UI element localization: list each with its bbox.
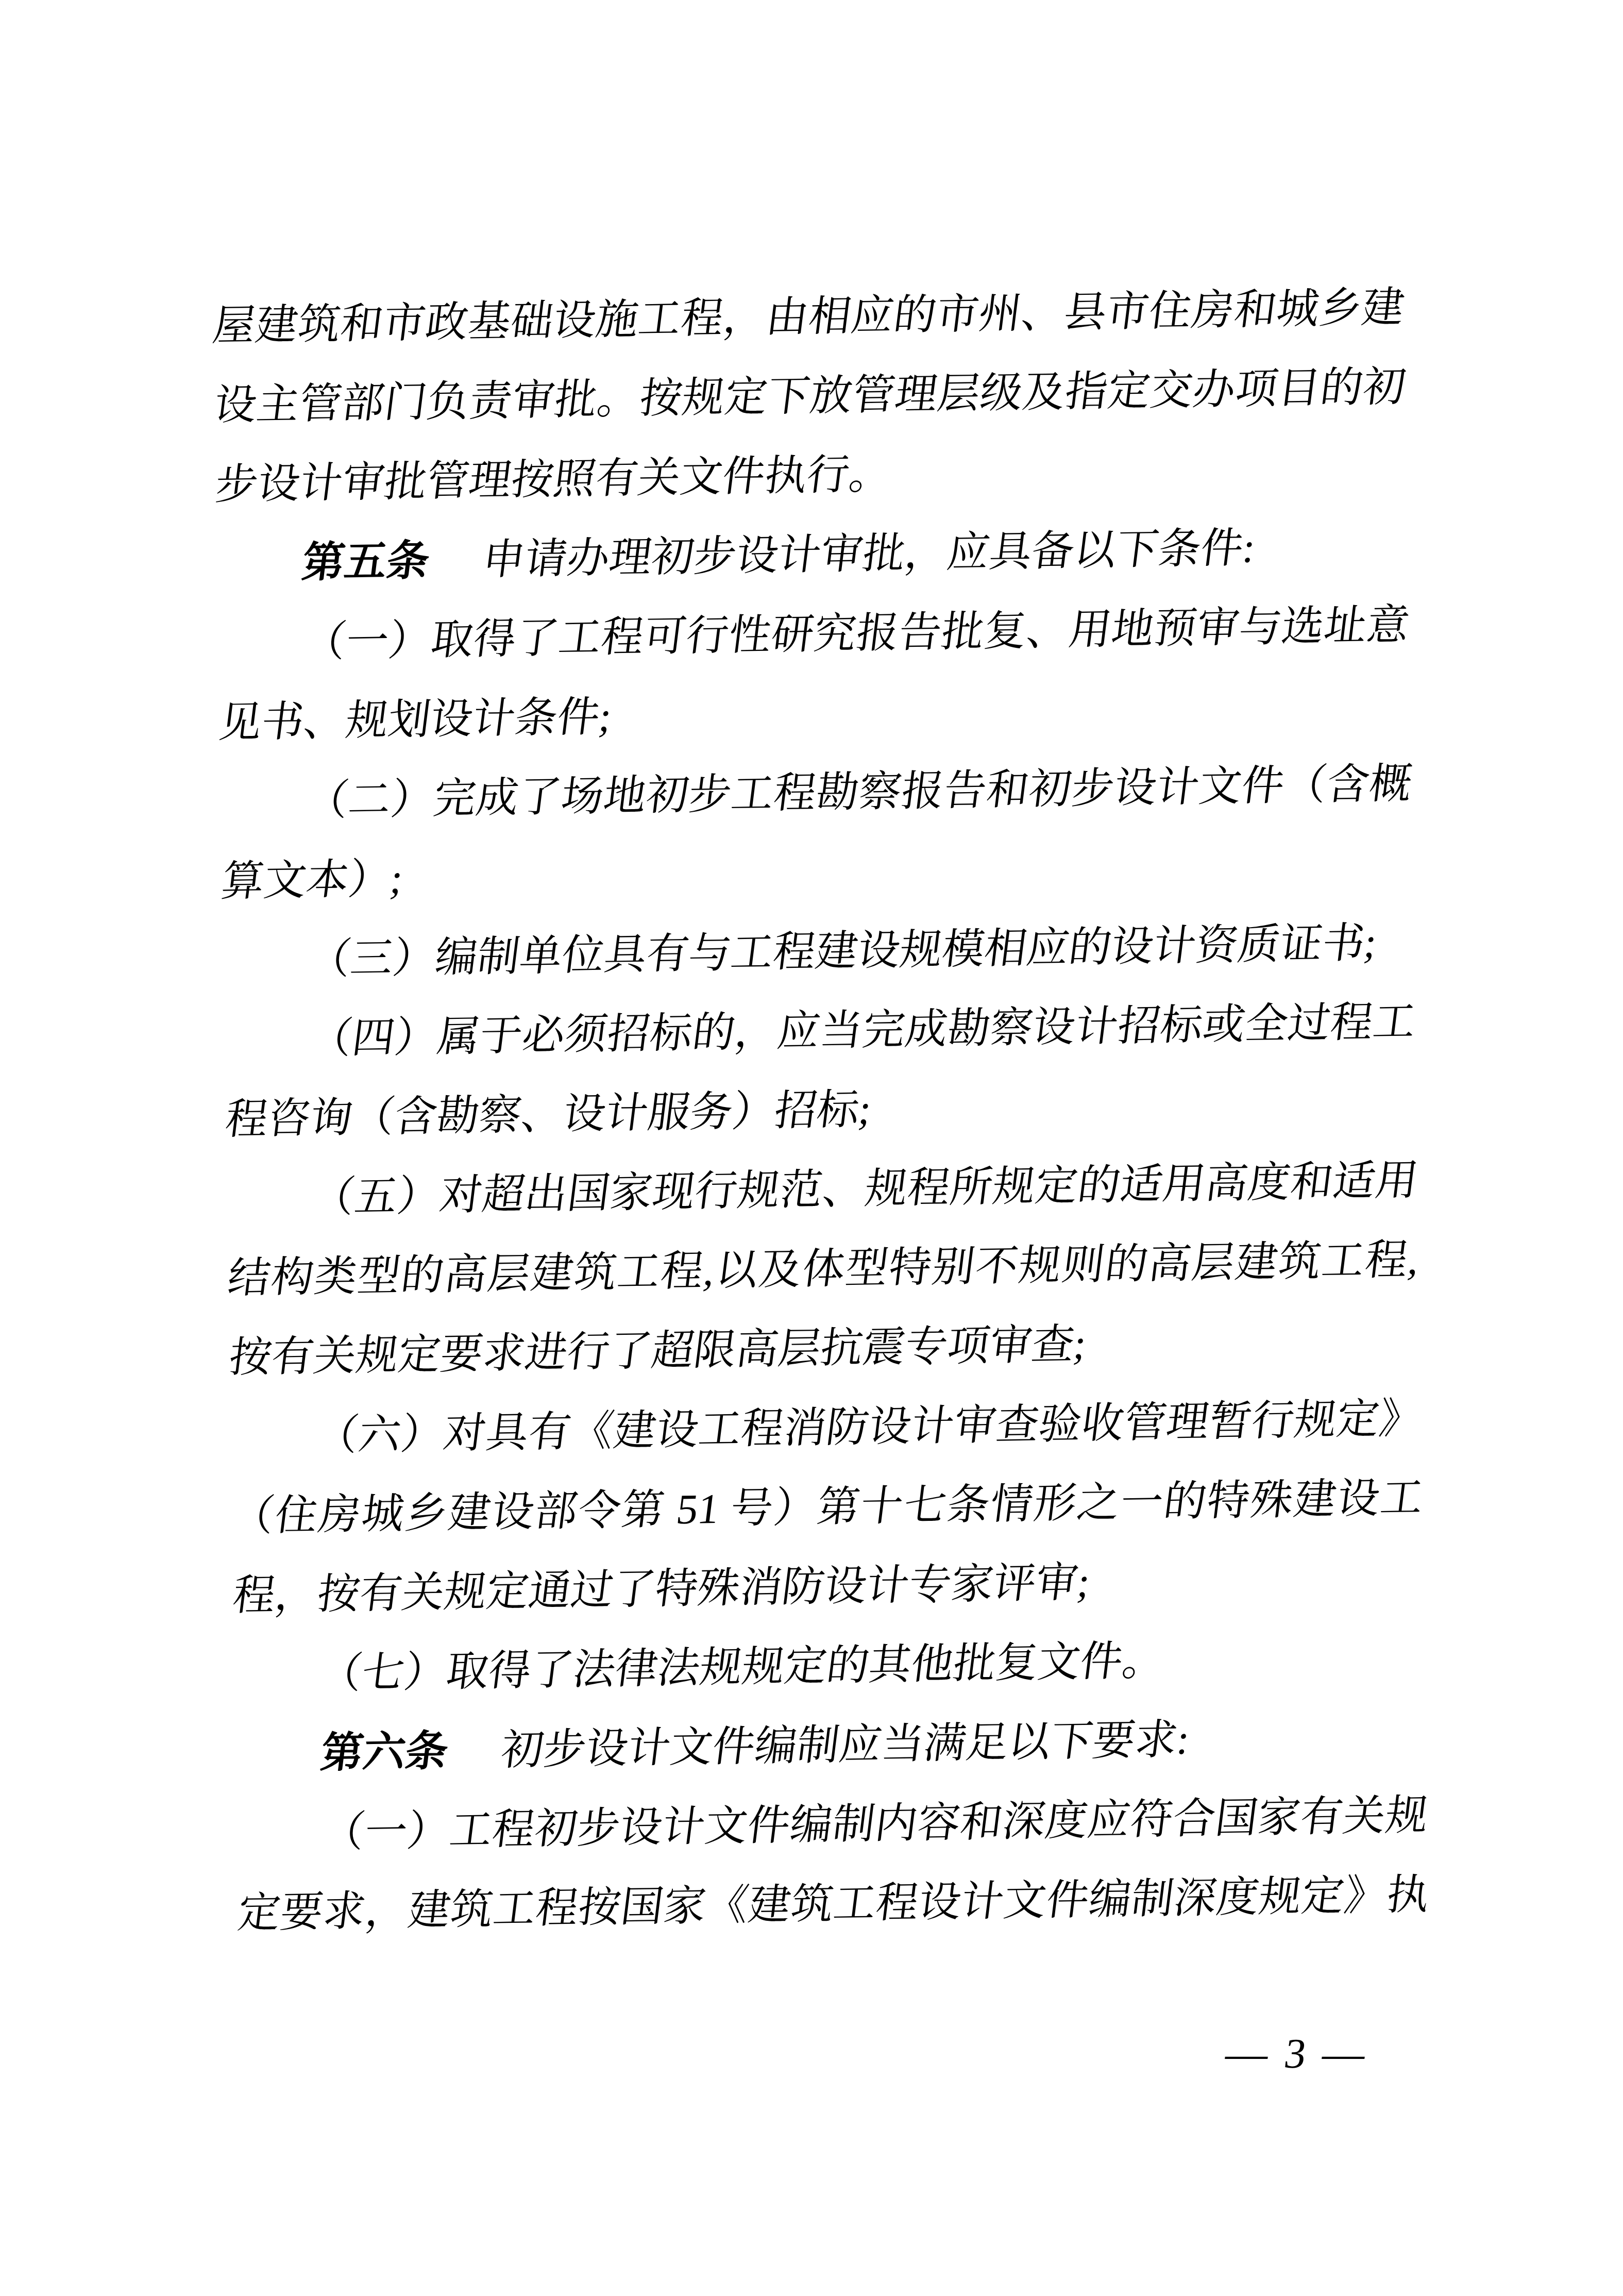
article-number: 第六条 bbox=[318, 1728, 451, 1777]
line-text: （四）属于必须招标的，应当完成勘察设计招标或全过程工 bbox=[307, 998, 1418, 1062]
line-text: （七）取得了法律法规规定的其他批复文件。 bbox=[317, 1637, 1168, 1697]
document-page: 屋建筑和市政基础设施工程，由相应的市州、县市住房和城乡建设主管部门负责审批。按规… bbox=[0, 0, 1623, 2296]
line-text: 定要求，建筑工程按国家《建筑工程设计文件编制深度规定》执 bbox=[235, 1871, 1432, 1937]
line-text: 按有关规定要求进行了超限高层抗震专项审查; bbox=[226, 1321, 1089, 1381]
line-text: （二）完成了场地初步工程勘察报告和初步设计文件（含概 bbox=[303, 760, 1415, 824]
line-text: 结构类型的高层建筑工程,以及体型特别不规则的高层建筑工程, bbox=[225, 1236, 1422, 1302]
line-text: 算文本）; bbox=[219, 855, 405, 905]
document-body: 屋建筑和市政基础设施工程，由相应的市州、县市住房和城乡建设主管部门负责审批。按规… bbox=[207, 268, 1425, 1953]
line-text: （住房城乡建设部令第 51 号）第十七条情形之一的特殊建设工 bbox=[229, 1474, 1426, 1540]
page-number: — 3 — bbox=[1220, 2014, 1374, 2093]
line-text: 见书、规划设计条件; bbox=[216, 693, 614, 746]
line-text: （三）编制单位具有与工程建设规模相应的设计资质证书; bbox=[306, 919, 1379, 983]
line-text: （六）对具有《建设工程消防设计审查验收管理暂行规定》 bbox=[313, 1395, 1425, 1459]
line-text: 程咨询（含勘察、设计服务）招标; bbox=[223, 1086, 874, 1143]
line-text: 步设计审批管理按照有关文件执行。 bbox=[213, 450, 894, 508]
line-text: （一）取得了工程可行性研究报告批复、用地预审与选址意 bbox=[301, 601, 1412, 666]
line-text: 设主管部门负责审批。按规定下放管理层级及指定交办项目的初 bbox=[211, 363, 1408, 429]
line-text: 初步设计文件编制应当满足以下要求: bbox=[499, 1716, 1192, 1774]
line-text: 程，按有关规定通过了特殊消防设计专家评审; bbox=[230, 1559, 1093, 1619]
line-text: 申请办理初步设计审批，应具备以下条件: bbox=[480, 524, 1258, 583]
line-text: （一）工程初步设计文件编制内容和深度应符合国家有关规 bbox=[319, 1791, 1431, 1856]
line-text: 屋建筑和市政基础设施工程，由相应的市州、县市住房和城乡建 bbox=[210, 284, 1407, 350]
line-text: （五）对超出国家现行规范、规程所规定的适用高度和适用 bbox=[310, 1157, 1421, 1221]
article-number: 第五条 bbox=[299, 537, 432, 586]
